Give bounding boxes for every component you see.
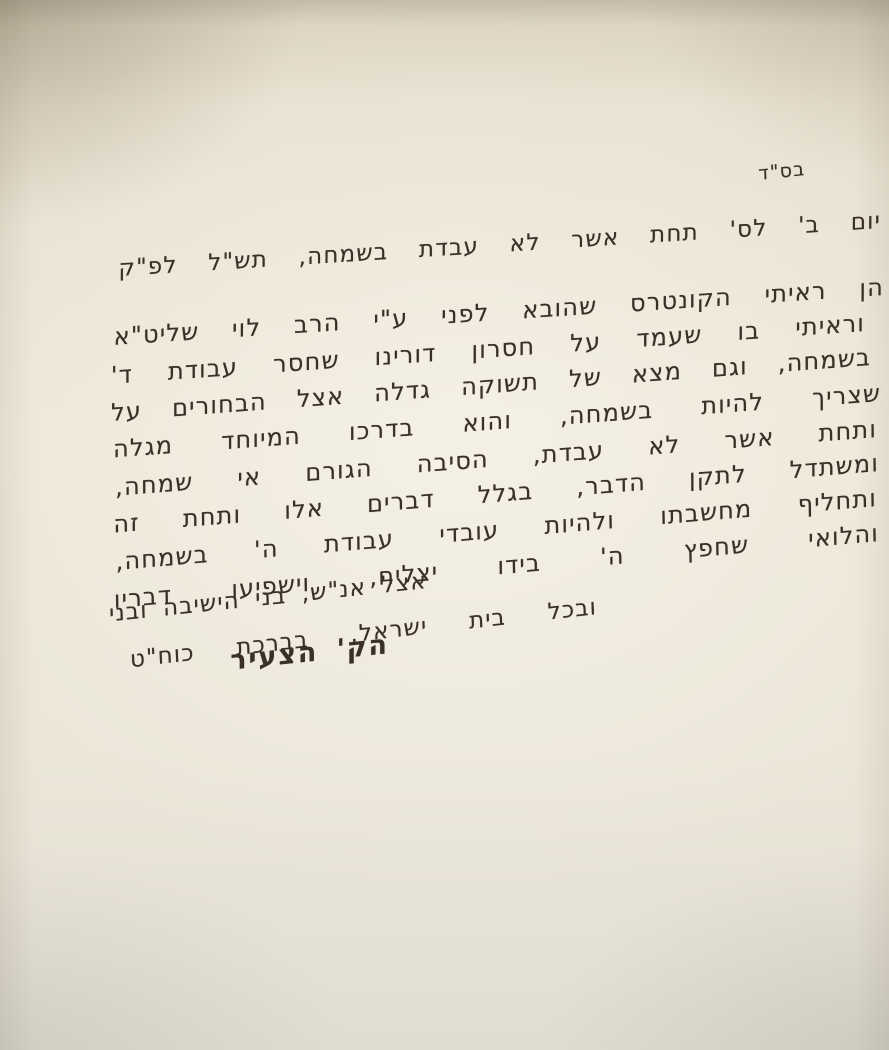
bsd-header: בס"ד	[758, 158, 806, 185]
letter-photo: בס"ד יום ב' לס' תחת אשר לא עבדת בשמחה, ת…	[0, 0, 889, 1050]
date-line: יום ב' לס' תחת אשר לא עבדת בשמחה, תש"ל ל…	[118, 206, 881, 284]
